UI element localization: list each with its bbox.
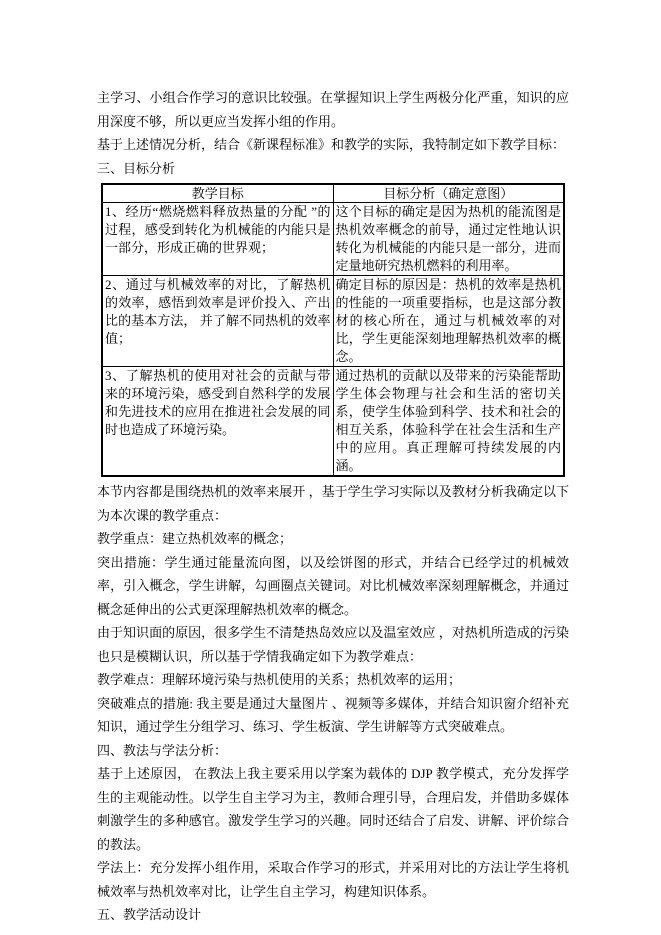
document-page: 主学习、小组合作学习的意识比较强。在掌握知识上学生两极分化严重，知识的应用深度不… [0,0,661,935]
table-row-objective-2: 2、通过与机械效率的对比，了解热机的效率，感悟到效率是评价投入、产出比的基本方法… [102,276,564,367]
paragraph-teaching-method: 基于上述原因， 在教法上我主要采用以学案为载体的 DJP 教学模式，充分发挥学生… [97,762,569,856]
paragraph-focus-intro: 本节内容都是围绕热机的效率来展开 ，基于学生学习实际以及教材分析我确定以下为本次… [97,480,569,527]
document-content: 主学习、小组合作学习的意识比较强。在掌握知识上学生两极分化严重，知识的应用深度不… [97,86,569,927]
paragraph-teaching-focus: 教学重点：建立热机效率的概念； [97,527,569,551]
table-cell-analysis-2: 确定目标的原因是：热机的效率是热机的性能的一项重要指标，也是这部分教材的核心所在… [333,276,564,367]
paragraph-teaching-difficulty: 教学难点：理解环境污染与热机使用的关系；热机效率的运用； [97,668,569,692]
section-heading-goal-analysis: 三、目标分析 [97,157,569,181]
paragraph-learning-method: 学法上：充分发挥小组作用，采取合作学习的形式，并采用对比的方法让学生将机械效率与… [97,856,569,903]
table-cell-objective-1: 1、经历“燃烧燃料释放热量的分配 ”的过程，感受到转化为机械能的内能只是一部分，… [102,203,333,276]
table-cell-analysis-1: 这个目标的确定是因为热机的能流图是热机效率概念的前导，通过定性地认识转化为机械能… [333,203,564,276]
table-header-goal-analysis: 目标分析（确定意图） [333,184,564,203]
section-heading-methods-analysis: 四、教法与学法分析： [97,739,569,763]
table-header-row: 教学目标 目标分析（确定意图） [102,184,564,203]
paragraph-student-situation: 主学习、小组合作学习的意识比较强。在掌握知识上学生两极分化严重，知识的应用深度不… [97,86,569,133]
table-cell-objective-3: 3、了解热机的使用对社会的贡献与带来的环境污染，感受到自然科学的发展和先进技术的… [102,367,333,477]
table-row-objective-1: 1、经历“燃烧燃料释放热量的分配 ”的过程，感受到转化为机械能的内能只是一部分，… [102,203,564,276]
paragraph-difficulty-measures: 突破难点的措施: 我主要是通过大量图片 、视频等多媒体，并结合知识窗介绍补充知识… [97,692,569,739]
table-row-objective-3: 3、了解热机的使用对社会的贡献与带来的环境污染，感受到自然科学的发展和先进技术的… [102,367,564,477]
paragraph-difficulty-intro: 由于知识面的原因，很多学生不清楚热岛效应以及温室效应 ，对热机所造成的污染也只是… [97,621,569,668]
paragraph-focus-measures: 突出措施：学生通过能量流向图，以及绘饼图的形式，并结合已经学过的机械效率，引入概… [97,551,569,622]
table-cell-objective-2: 2、通过与机械效率的对比，了解热机的效率，感悟到效率是评价投入、产出比的基本方法… [102,276,333,367]
goal-analysis-table: 教学目标 目标分析（确定意图） 1、经历“燃烧燃料释放热量的分配 ”的过程，感受… [101,183,565,477]
paragraph-goal-basis: 基于上述情况分析，结合《新课程标准》和教学的实际，我特制定如下教学目标： [97,133,569,157]
table-cell-analysis-3: 通过热机的贡献以及带来的污染能帮助学生体会物理与社会和生活的密切关系，使学生体验… [333,367,564,477]
section-heading-activity-design: 五、教学活动设计 [97,903,569,927]
table-header-teaching-objectives: 教学目标 [102,184,333,203]
